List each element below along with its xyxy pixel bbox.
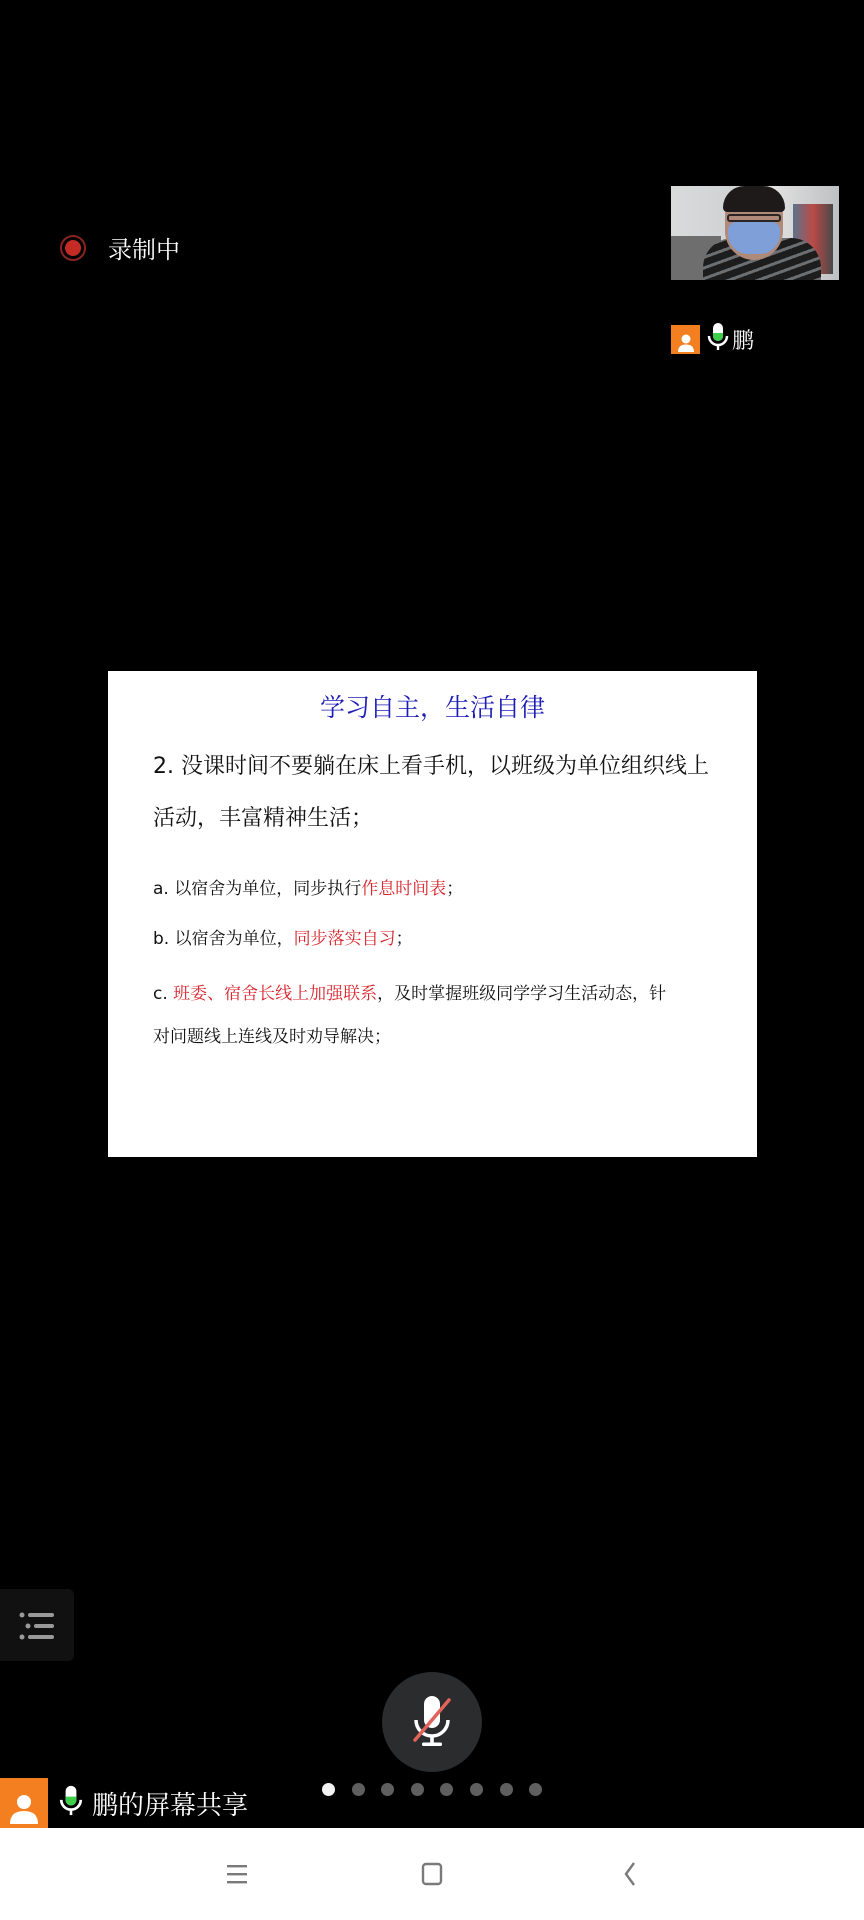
item-b-text: b. 以宿舍为单位，	[153, 929, 294, 949]
recording-label: 录制中	[108, 230, 180, 265]
recents-icon	[225, 1863, 249, 1885]
list-menu-icon	[18, 1611, 56, 1641]
item-c-suffix: ，及时掌握班级同学学习生活动态，针	[377, 984, 666, 1004]
item-b-highlight: 同步落实自习	[294, 929, 396, 949]
slide-item-c-line-2: 对问题线上连线及时劝导解决；	[153, 1022, 391, 1047]
slide-item-a: a. 以宿舍为单位，同步执行作息时间表；	[153, 874, 463, 899]
item-c-text: c.	[153, 984, 173, 1004]
page-dot-2[interactable]	[352, 1783, 365, 1796]
page-dot-3[interactable]	[381, 1783, 394, 1796]
mic-active-icon	[706, 322, 730, 356]
page-dot-5[interactable]	[440, 1783, 453, 1796]
recording-indicator: 录制中	[60, 230, 180, 265]
slide-item-b: b. 以宿舍为单位，同步落实自习；	[153, 924, 413, 949]
participant-name: 鹏	[732, 324, 754, 355]
recents-button[interactable]	[217, 1856, 257, 1892]
page-dot-6[interactable]	[470, 1783, 483, 1796]
back-icon	[622, 1861, 638, 1887]
item-a-suffix: ；	[446, 879, 463, 899]
back-button[interactable]	[610, 1856, 650, 1892]
menu-button[interactable]	[0, 1589, 74, 1661]
item-b-suffix: ；	[396, 929, 413, 949]
item-c-highlight: 班委、宿舍长线上加强联系	[173, 984, 377, 1004]
page-dot-4[interactable]	[411, 1783, 424, 1796]
slide-item-c: c. 班委、宿舍长线上加强联系，及时掌握班级同学学习生活动态，针	[153, 979, 666, 1004]
page-indicator[interactable]	[322, 1783, 559, 1796]
shared-screen-slide: 学习自主，生活自律 2. 没课时间不要躺在床上看手机，以班级为单位组织线上 活动…	[108, 671, 757, 1157]
person-icon	[0, 1778, 48, 1828]
mic-muted-icon	[407, 1694, 457, 1750]
page-dot-7[interactable]	[500, 1783, 513, 1796]
home-icon	[420, 1862, 444, 1886]
slide-main-line-1: 2. 没课时间不要躺在床上看手机，以班级为单位组织线上	[153, 749, 709, 780]
record-icon	[60, 235, 86, 261]
item-a-highlight: 作息时间表	[361, 879, 446, 899]
page-dot-1[interactable]	[322, 1783, 335, 1796]
participant-video-thumbnail[interactable]	[671, 186, 839, 280]
home-button[interactable]	[412, 1856, 452, 1892]
mute-toggle-button[interactable]	[382, 1672, 482, 1772]
screen-share-label: 鹏的屏幕共享	[92, 1785, 248, 1822]
screen-share-label-bar: 鹏的屏幕共享	[0, 1778, 248, 1828]
item-a-text: a. 以宿舍为单位，同步执行	[153, 879, 361, 899]
mic-active-icon	[58, 1784, 84, 1822]
participant-label: 鹏	[671, 322, 754, 356]
person-icon	[671, 325, 700, 354]
system-navigation-bar	[0, 1828, 864, 1920]
slide-title: 学习自主，生活自律	[108, 688, 757, 724]
page-dot-8[interactable]	[529, 1783, 542, 1796]
slide-main-line-2: 活动，丰富精神生活；	[153, 801, 373, 832]
